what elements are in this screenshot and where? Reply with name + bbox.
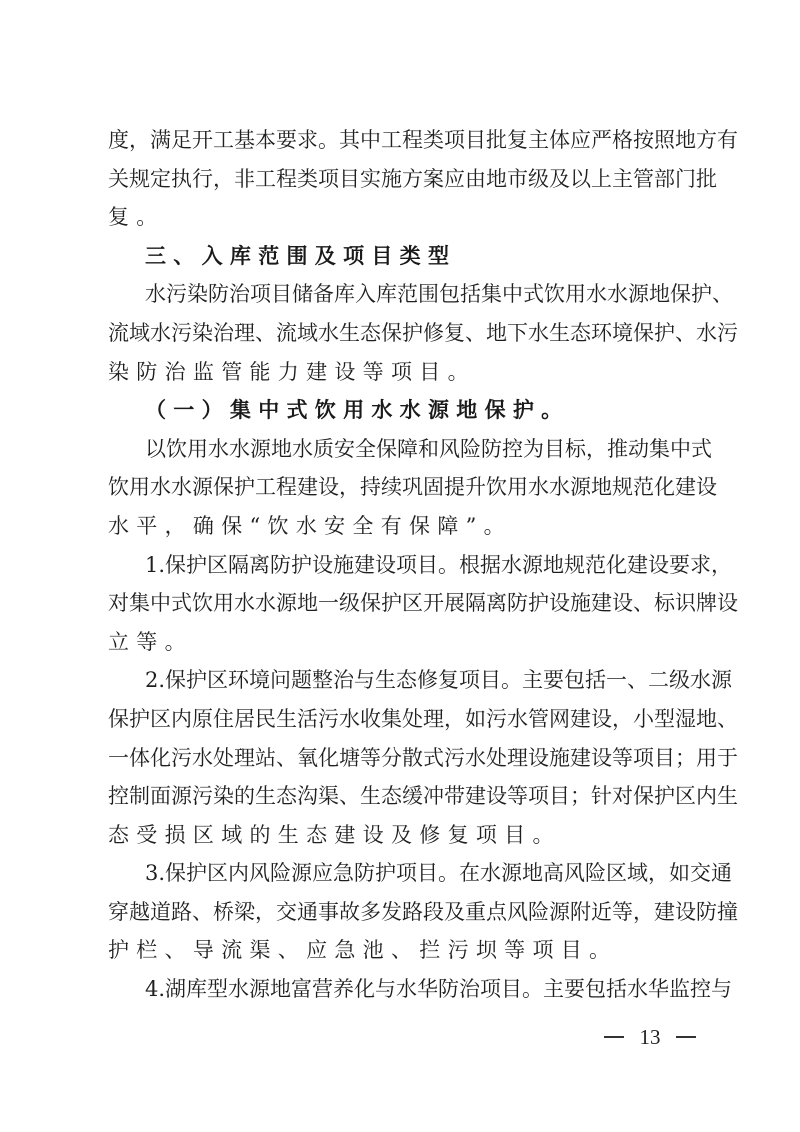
dash-right-icon: [676, 1036, 696, 1038]
text-line: 一体化污水处理站、氧化塘等分散式污水处理设施建设等项目；用于: [108, 739, 704, 778]
text-line: 关规定执行，非工程类项目实施方案应由地市级及以上主管部门批: [108, 160, 704, 199]
page-number: 13: [604, 1022, 696, 1052]
text-line: 染防治监管能力建设等项目。: [108, 353, 704, 392]
text-line: 态受损区域的生态建设及修复项目。: [108, 816, 704, 855]
text-line: 饮用水水源保护工程建设，持续巩固提升饮用水水源地规范化建设: [108, 468, 704, 507]
text-line: 复。: [108, 198, 704, 237]
text-line: 立等。: [108, 623, 704, 662]
text-line: 水污染防治项目储备库入库范围包括集中式饮用水水源地保护、: [108, 275, 704, 314]
list-item-4-line: 4.湖库型水源地富营养化与水华防治项目。主要包括水华监控与: [108, 970, 704, 1009]
document-body: 度，满足开工基本要求。其中工程类项目批复主体应严格按照地方有 关规定执行，非工程…: [108, 121, 704, 1009]
text-line: 以饮用水水源地水质安全保障和风险防控为目标，推动集中式: [108, 430, 704, 469]
text-line: 度，满足开工基本要求。其中工程类项目批复主体应严格按照地方有: [108, 121, 704, 160]
text-line: 对集中式饮用水水源地一级保护区开展隔离防护设施建设、标识牌设: [108, 584, 704, 623]
list-item-3-line: 3.保护区内风险源应急防护项目。在水源地高风险区域，如交通: [108, 854, 704, 893]
text-line: 控制面源污染的生态沟渠、生态缓冲带建设等项目；针对保护区内生: [108, 777, 704, 816]
list-item-1-line: 1.保护区隔离防护设施建设项目。根据水源地规范化建设要求，: [108, 546, 704, 585]
document-page: 度，满足开工基本要求。其中工程类项目批复主体应严格按照地方有 关规定执行，非工程…: [0, 0, 800, 1132]
text-line: 护栏、导流渠、应急池、拦污坝等项目。: [108, 931, 704, 970]
page-number-value: 13: [640, 1022, 661, 1052]
list-item-2-line: 2.保护区环境问题整治与生态修复项目。主要包括一、二级水源: [108, 661, 704, 700]
text-line: 流域水污染治理、流域水生态保护修复、地下水生态环境保护、水污: [108, 314, 704, 353]
text-line: 穿越道路、桥梁，交通事故多发路段及重点风险源附近等，建设防撞: [108, 893, 704, 932]
subsection-heading: （一）集中式饮用水水源地保护。: [108, 391, 704, 430]
section-heading: 三、入库范围及项目类型: [108, 237, 704, 276]
text-line: 水平，确保“饮水安全有保障”。: [108, 507, 704, 546]
text-line: 保护区内原住居民生活污水收集处理，如污水管网建设，小型湿地、: [108, 700, 704, 739]
dash-left-icon: [604, 1036, 624, 1038]
